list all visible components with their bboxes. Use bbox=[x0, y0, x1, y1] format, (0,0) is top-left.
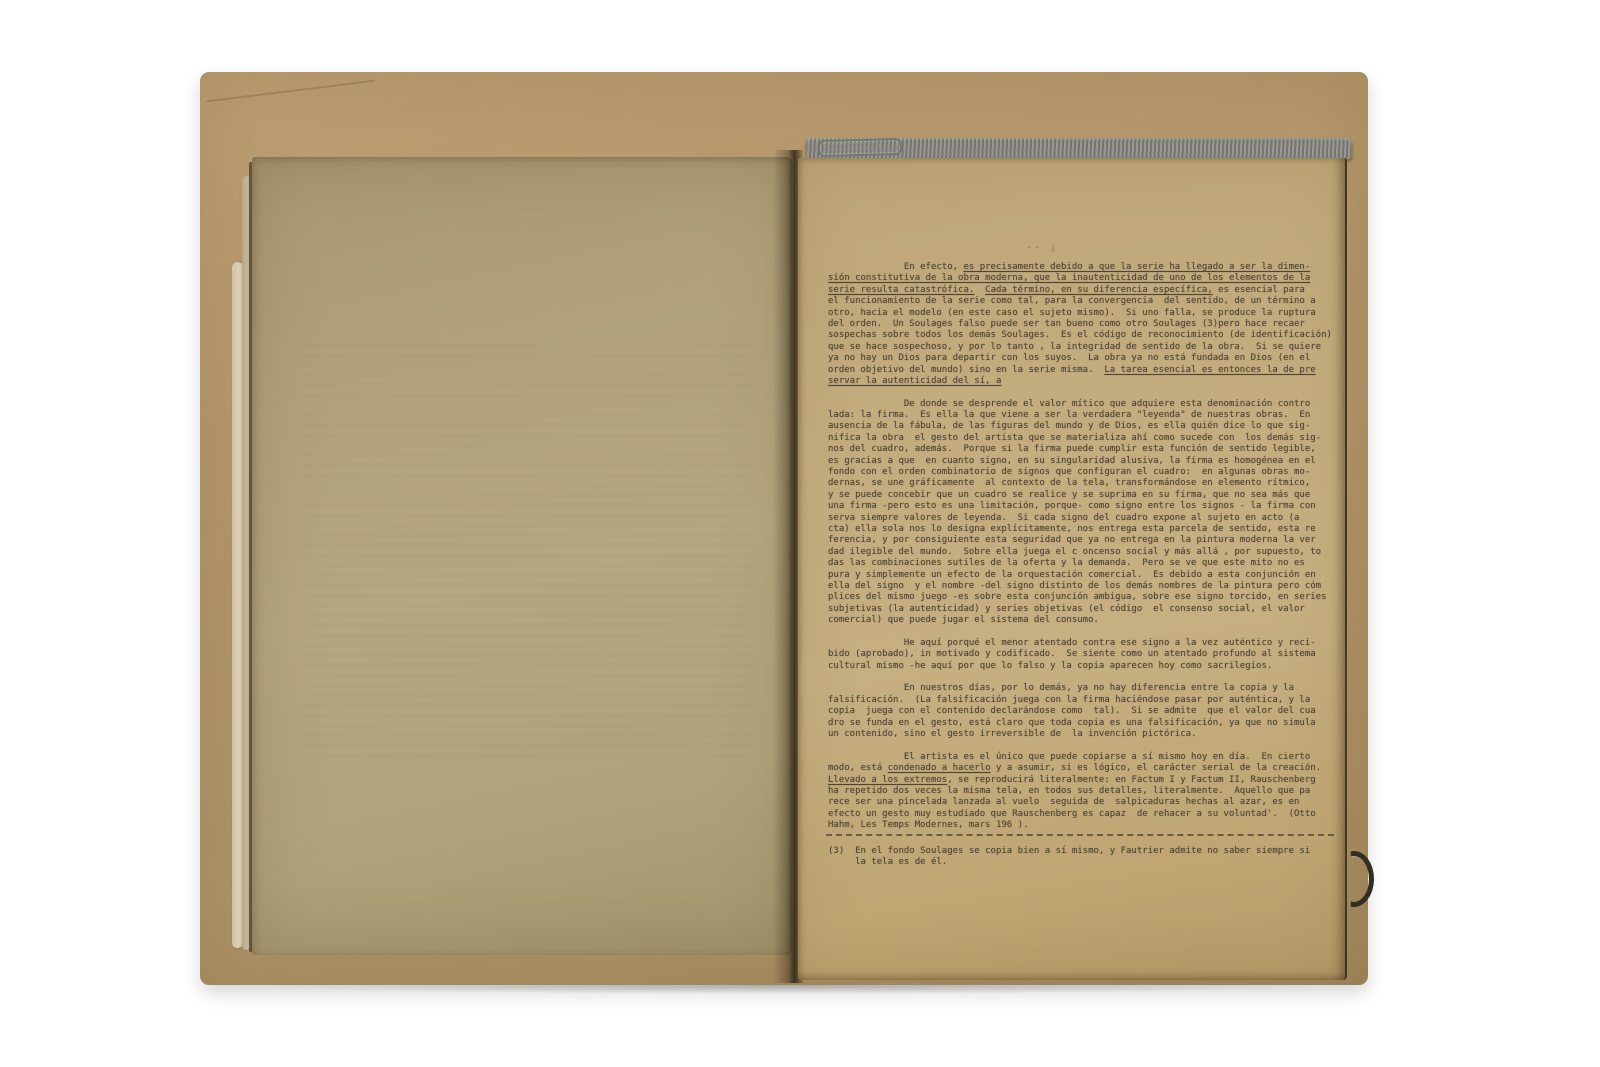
underlined-text: Cada término, en su diferencia específic… bbox=[985, 285, 1213, 295]
typed-text-segment: En efecto, bbox=[828, 262, 963, 272]
typed-text-segment: del orden. Un Soulages falso puede ser t… bbox=[828, 319, 1305, 329]
typed-text-segment: falsificación. (La falsificación juega c… bbox=[828, 695, 1310, 705]
typed-text-segment: ha repetido dos veces la misma tela, en … bbox=[828, 786, 1310, 796]
typed-line: Llevado a los extremos, se reproducirá l… bbox=[828, 775, 1343, 786]
typed-text-segment: nifica la obra el gesto del artista que … bbox=[828, 433, 1321, 443]
typed-text-segment: , se reproducirá literalmente: en Factum… bbox=[947, 775, 1315, 785]
typed-line: rece ser una pincelada lanzada al vuelo … bbox=[828, 797, 1343, 808]
typed-line: es gracias a que en cuanto signo, en su … bbox=[828, 456, 1343, 467]
typed-text-segment: ella del signo y el nombre -del signo di… bbox=[828, 581, 1321, 591]
paper-clip bbox=[818, 138, 902, 157]
typed-text-segment: fondo con el orden combinatorio de signo… bbox=[828, 467, 1310, 477]
typed-line: un contenido, sino el gesto irreversible… bbox=[828, 729, 1343, 740]
typed-text-segment: ferencia, y por consiguiente esta seguri… bbox=[828, 535, 1316, 545]
typed-text-segment: El artista es el único que puede copiars… bbox=[828, 752, 1310, 762]
typed-text-segment: cultural mismo -he aquí por que lo falso… bbox=[828, 661, 1272, 671]
text-showthrough bbox=[302, 337, 752, 757]
typed-text-segment: la tela es de él. bbox=[828, 857, 947, 867]
typed-text: En efecto, es precisamente debido a que … bbox=[828, 262, 1343, 832]
underlined-text: Llevado a los extremos bbox=[828, 775, 947, 785]
typed-text-segment: que se hace sospechoso, y por lo tanto ,… bbox=[828, 342, 1321, 352]
typed-line: ha repetido dos veces la misma tela, en … bbox=[828, 786, 1343, 797]
underlined-text: es precisamente debido a que la serie ha… bbox=[963, 262, 1310, 272]
typed-line: De donde se desprende el valor mítico qu… bbox=[828, 399, 1343, 410]
typed-line: En efecto, es precisamente debido a que … bbox=[828, 262, 1343, 273]
typed-text-segment: subjetivas (la autenticidad) y series ob… bbox=[828, 604, 1305, 614]
typed-line: serva siempre valores de leyenda. Si cad… bbox=[828, 513, 1343, 524]
typed-text-segment: es gracias a que en cuanto signo, en su … bbox=[828, 456, 1316, 466]
typed-text-segment: bido (aprobado), in motivado y codificad… bbox=[828, 649, 1316, 659]
typed-page: -- ¡ En efecto, es precisamente debido a… bbox=[798, 158, 1347, 980]
typed-line: falsificación. (La falsificación juega c… bbox=[828, 695, 1343, 706]
typed-text-segment: ya no hay un Dios para departir con los … bbox=[828, 353, 1310, 363]
typed-paragraph: En nuestros días, por lo demás, ya no ha… bbox=[828, 683, 1343, 740]
typed-line: ferencia, y por consiguiente esta seguri… bbox=[828, 535, 1343, 546]
typed-text-segment: comercial) que puede jugar el sistema de… bbox=[828, 615, 1099, 625]
typed-line: sión constitutiva de la obra moderna, qu… bbox=[828, 273, 1343, 284]
typed-text-segment: serva siempre valores de leyenda. Si cad… bbox=[828, 513, 1299, 523]
typed-line: ella del signo y el nombre -del signo di… bbox=[828, 581, 1343, 592]
underlined-text: La tarea esencial es entonces la de pre bbox=[1104, 365, 1315, 375]
typed-line: lada: la firma. Es ella la que viene a s… bbox=[828, 410, 1343, 421]
typed-line: plices del mismo juego -es sobre esta co… bbox=[828, 592, 1343, 603]
typed-line: ya no hay un Dios para departir con los … bbox=[828, 353, 1343, 364]
typed-text-segment: una firma -pero esto es una limitación, … bbox=[828, 501, 1316, 511]
typed-line: copia juega con el contenido declarándos… bbox=[828, 706, 1343, 717]
typed-text-segment: rece ser una pincelada lanzada al vuelo … bbox=[828, 797, 1299, 807]
typed-line: He aquí porqué el menor atentado contra … bbox=[828, 638, 1343, 649]
typed-line: que se hace sospechoso, y por lo tanto ,… bbox=[828, 342, 1343, 353]
typed-line: modo, está condenado a hacerlo y a asumi… bbox=[828, 763, 1343, 774]
typed-text-segment: lada: la firma. Es ella la que viene a s… bbox=[828, 410, 1310, 420]
typed-text-segment: y a asumir, si es lógico, el carácter se… bbox=[991, 763, 1322, 773]
typed-paragraph: He aquí porqué el menor atentado contra … bbox=[828, 638, 1343, 672]
typed-text-segment: el funcionamiento de la serie como tal, … bbox=[828, 296, 1316, 306]
typed-text-segment: efecto un gesto muy estudiado que Rausch… bbox=[828, 809, 1316, 819]
typed-line: orden objetivo del mundo) sino en la ser… bbox=[828, 365, 1343, 376]
typed-line: el funcionamiento de la serie como tal, … bbox=[828, 296, 1343, 307]
typed-text-segment: copia juega con el contenido declarándos… bbox=[828, 706, 1316, 716]
typed-text-segment: De donde se desprende el valor mítico qu… bbox=[828, 399, 1310, 409]
typed-text-segment: dernas, se une gráficamente al contexto … bbox=[828, 478, 1310, 488]
typed-line: efecto un gesto muy estudiado que Rausch… bbox=[828, 809, 1343, 820]
typed-line: una firma -pero esto es una limitación, … bbox=[828, 501, 1343, 512]
typed-line: Hahm, Les Temps Modernes, mars 196 ). bbox=[828, 820, 1343, 831]
footnote-divider bbox=[826, 834, 1334, 836]
typed-text-segment: modo, está bbox=[828, 763, 888, 773]
typed-line: ausencia de la fábula, de las figuras de… bbox=[828, 421, 1343, 432]
footnote-text: (3) En el fondo Soulages se copia bien a… bbox=[828, 846, 1343, 869]
typed-text-segment: y se puede concebir que un cuadro se rea… bbox=[828, 490, 1310, 500]
pencil-mark: -- ¡ bbox=[1026, 242, 1058, 253]
left-blank-page bbox=[252, 157, 792, 955]
underlined-text: condenado a hacerlo bbox=[888, 763, 991, 773]
typed-line: dernas, se une gráficamente al contexto … bbox=[828, 478, 1343, 489]
typed-text-segment bbox=[974, 285, 985, 295]
typed-line: dro se funda en el gesto, está claro que… bbox=[828, 718, 1343, 729]
typed-line: bido (aprobado), in motivado y codificad… bbox=[828, 649, 1343, 660]
typed-paragraph: El artista es el único que puede copiars… bbox=[828, 752, 1343, 832]
typed-line: (3) En el fondo Soulages se copia bien a… bbox=[828, 846, 1343, 857]
typed-text-segment: es esencial para bbox=[1213, 285, 1305, 295]
typed-paragraph: En efecto, es precisamente debido a que … bbox=[828, 262, 1343, 387]
typed-text-segment: Hahm, Les Temps Modernes, mars 196 ). bbox=[828, 820, 1028, 830]
typed-line: cultural mismo -he aquí por que lo falso… bbox=[828, 661, 1343, 672]
typed-line: serie resulta catastrófica. Cada término… bbox=[828, 285, 1343, 296]
typed-paragraph: De donde se desprende el valor mítico qu… bbox=[828, 399, 1343, 627]
underlined-text: sión constitutiva de la obra moderna, qu… bbox=[828, 273, 1310, 283]
typed-text-segment: He aquí porqué el menor atentado contra … bbox=[828, 638, 1316, 648]
typed-line: En nuestros días, por lo demás, ya no ha… bbox=[828, 683, 1343, 694]
typed-text-segment: dro se funda en el gesto, está claro que… bbox=[828, 718, 1316, 728]
typed-text-segment: plices del mismo juego -es sobre esta co… bbox=[828, 592, 1327, 602]
typed-line: El artista es el único que puede copiars… bbox=[828, 752, 1343, 763]
typed-text-segment: nos del cuadro, además. Porque si la fir… bbox=[828, 444, 1316, 454]
typed-line: pura y simplemente un efecto de la orque… bbox=[828, 570, 1343, 581]
typed-text-segment: ausencia de la fábula, de las figuras de… bbox=[828, 421, 1310, 431]
typed-line: subjetivas (la autenticidad) y series ob… bbox=[828, 604, 1343, 615]
typed-line: fondo con el orden combinatorio de signo… bbox=[828, 467, 1343, 478]
paper-clip-inner-wire bbox=[827, 142, 880, 149]
underlined-text: serie resulta catastrófica. bbox=[828, 285, 974, 295]
underlined-text: servar la autenticidad del sí, a bbox=[828, 376, 1001, 386]
typed-text-segment: dad ilegible del mundo. Sobre ella juega… bbox=[828, 547, 1321, 557]
typed-text-segment: cta) ella sola nos lo designa explícitam… bbox=[828, 524, 1316, 534]
typed-line: del orden. Un Soulages falso puede ser t… bbox=[828, 319, 1343, 330]
typed-text-segment: sospechas sobre todos los demás Soulages… bbox=[828, 330, 1332, 340]
typed-line: dad ilegible del mundo. Sobre ella juega… bbox=[828, 547, 1343, 558]
typed-line: otro, hacia el modelo (en este caso el s… bbox=[828, 308, 1343, 319]
typed-line: nifica la obra el gesto del artista que … bbox=[828, 433, 1343, 444]
typed-line: cta) ella sola nos lo designa explícitam… bbox=[828, 524, 1343, 535]
typed-line: servar la autenticidad del sí, a bbox=[828, 376, 1343, 387]
typed-line: nos del cuadro, además. Porque si la fir… bbox=[828, 444, 1343, 455]
typed-text-segment: pura y simplemente un efecto de la orque… bbox=[828, 570, 1316, 580]
cover-crease bbox=[207, 80, 376, 103]
typed-text-segment: otro, hacia el modelo (en este caso el s… bbox=[828, 308, 1316, 318]
typed-line: la tela es de él. bbox=[828, 857, 1343, 868]
typed-line: das las combinaciones sutiles de la ofer… bbox=[828, 558, 1343, 569]
typed-text-segment: orden objetivo del mundo) sino en la ser… bbox=[828, 365, 1104, 375]
typed-line: y se puede concebir que un cuadro se rea… bbox=[828, 490, 1343, 501]
typed-text-segment: un contenido, sino el gesto irreversible… bbox=[828, 729, 1196, 739]
typed-line: sospechas sobre todos los demás Soulages… bbox=[828, 330, 1343, 341]
typed-text-segment: (3) En el fondo Soulages se copia bien a… bbox=[828, 846, 1310, 856]
scanned-document-photo: -- ¡ En efecto, es precisamente debido a… bbox=[0, 0, 1600, 1067]
typed-text-segment: En nuestros días, por lo demás, ya no ha… bbox=[828, 683, 1294, 693]
typed-text-segment: das las combinaciones sutiles de la ofer… bbox=[828, 558, 1305, 568]
typed-line: comercial) que puede jugar el sistema de… bbox=[828, 615, 1343, 626]
